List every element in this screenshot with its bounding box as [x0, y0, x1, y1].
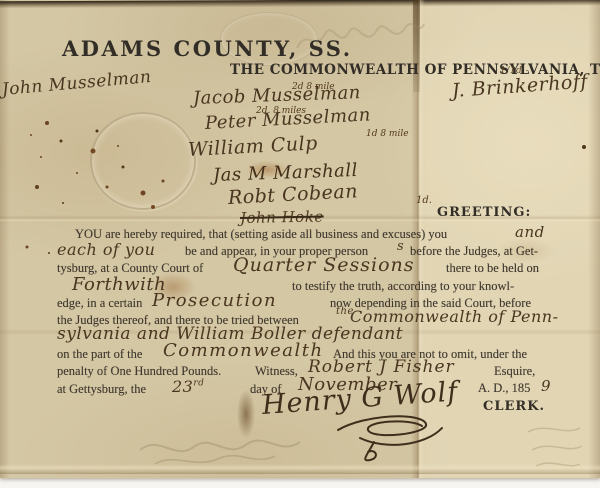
- body-printed: Witness,: [255, 364, 298, 379]
- day-suffix: rd: [193, 379, 204, 389]
- ghost-writing-corner: [520, 420, 590, 475]
- body-printed: on the part of the: [57, 347, 142, 362]
- docket-name: John Musselman: [1, 67, 152, 100]
- day-number: 23rd: [172, 377, 204, 396]
- body-printed: at Gettysburg, the: [57, 382, 146, 397]
- ink-drip-stain: [237, 390, 255, 438]
- witness-name: William Culp: [187, 132, 318, 161]
- greeting-label: GREETING:: [437, 205, 531, 220]
- county-heading: ADAMS COUNTY, SS.: [62, 36, 353, 61]
- body-printed: there to be held on: [446, 261, 539, 276]
- scanned-document: ADAMS COUNTY, SS. THE COMMONWEALTH OF PE…: [0, 0, 600, 488]
- signature-flourish: [330, 412, 450, 464]
- year-digit: 9: [541, 377, 551, 395]
- body-handwritten: Quarter Sessions: [233, 254, 415, 276]
- body-printed: Esquire,: [494, 364, 535, 379]
- body-printed: edge, in a certain: [57, 296, 142, 311]
- body-printed: A. D., 185: [478, 381, 530, 396]
- body-handwritten: and: [515, 223, 545, 241]
- body-handwritten: each of you: [57, 240, 155, 259]
- ink-spatter: [0, 0, 2, 2]
- clerk-label: CLERK.: [483, 399, 545, 414]
- body-printed: before the Judges, at Get-: [410, 244, 538, 259]
- body-handwritten: Commonwealth: [163, 340, 324, 361]
- witness-name: Jacob Musselman: [193, 82, 362, 109]
- paper-sheet: ADAMS COUNTY, SS. THE COMMONWEALTH OF PE…: [0, 0, 600, 478]
- body-handwritten: s: [397, 239, 404, 254]
- body-printed: to testify the truth, according to your …: [292, 279, 514, 294]
- day-value: 23: [172, 377, 193, 396]
- body-handwritten: Prosecution: [152, 290, 277, 311]
- mileage-note: 1d.: [416, 195, 432, 206]
- mileage-note: 2d. 8 miles: [256, 106, 306, 116]
- mileage-note: 1d 8 mile: [366, 129, 409, 139]
- ghost-writing-bottom: [135, 432, 305, 472]
- witness-name-struck: John Hoke: [240, 208, 324, 227]
- embossed-seal: [90, 112, 196, 210]
- mileage-note: 2d 8 mile: [292, 82, 335, 92]
